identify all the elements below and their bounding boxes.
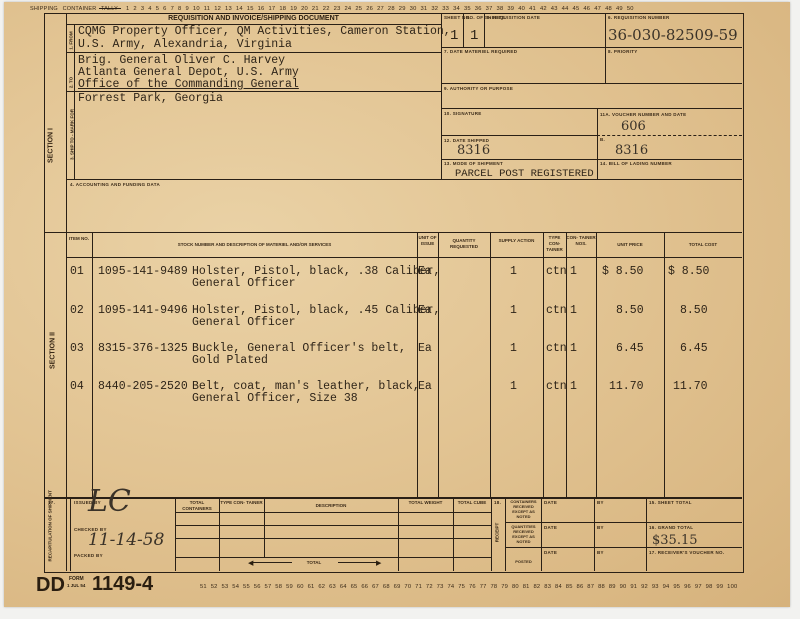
- total-containers-header: TOTAL CONTAINERS: [175, 500, 219, 512]
- stock-number: 1095-141-9489: [98, 265, 188, 278]
- supply-action: 1: [510, 265, 517, 278]
- container-nos: 1: [570, 304, 577, 317]
- from-line-2: U.S. Army, Alexandria, Virginia: [78, 38, 292, 51]
- total-arrow-right: [338, 562, 378, 563]
- date-label-1: DATE: [544, 500, 557, 505]
- by-label-2: BY: [597, 525, 604, 530]
- total-cube-header: TOTAL CUBE: [453, 500, 491, 506]
- accounting-label: 4. ACCOUNTING AND FUNDING DATA: [70, 182, 160, 187]
- arrow-right-icon: ▶: [376, 559, 381, 567]
- form-label: FORM: [69, 576, 84, 582]
- requisition-date-label: 5. REQUISITION DATE: [487, 15, 540, 20]
- tally-bottom-numbers: 51 52 53 54 55 56 57 58 59 60 61 62 63 6…: [200, 584, 740, 590]
- date-label-3: DATE: [544, 550, 557, 555]
- item-no: 01: [70, 265, 84, 278]
- voucher-number-value: 606: [621, 119, 646, 134]
- no-of-sheets-value: 1: [470, 28, 478, 44]
- type-container-header: TYPE CON- TAINER: [219, 500, 264, 506]
- unit-price: 11.70: [609, 380, 644, 393]
- description-header: DESCRIPTION: [264, 503, 398, 509]
- recap-total-label: TOTAL: [294, 560, 334, 566]
- stock-number: 1095-141-9496: [98, 304, 188, 317]
- quantities-received-label: QUANTITIES RECEIVED EXCEPT AS NOTED: [506, 524, 541, 544]
- packed-by-label: PACKED BY: [74, 553, 103, 558]
- date-required-label: 7. DATE MATERIEL REQUIRED: [444, 49, 517, 54]
- grand-total-label: 16. GRAND TOTAL: [649, 525, 693, 530]
- container-nos: 1: [570, 265, 577, 278]
- col-total-cost: TOTAL COST: [664, 242, 742, 248]
- unit-price: $ 8.50: [602, 265, 643, 278]
- total-arrow-left: [252, 562, 292, 563]
- mode-value: PARCEL POST REGISTERED: [455, 168, 594, 180]
- total-cost: 6.45: [680, 342, 708, 355]
- signature-label: 10. SIGNATURE: [444, 111, 482, 116]
- item-no: 03: [70, 342, 84, 355]
- ship-to-line-1: Forrest Park, Georgia: [78, 92, 223, 105]
- ship-to-label: 3. SHIP TO - MARK FOR: [70, 107, 75, 163]
- col-qty-requested: QUANTITY REQUESTED: [438, 238, 490, 250]
- stock-number: 8440-205-2520: [98, 380, 188, 393]
- supply-action: 1: [510, 304, 517, 317]
- document-title: REQUISITION AND INVOICE/SHIPPING DOCUMEN…: [66, 15, 441, 22]
- section-1-label: SECTION I: [48, 111, 55, 181]
- tally-arrow: [99, 8, 121, 9]
- from-label: 1. FROM: [69, 26, 74, 56]
- by-label-1: BY: [597, 500, 604, 505]
- form-date: 1 JUL 54: [67, 583, 85, 588]
- total-cost: $ 8.50: [668, 265, 709, 278]
- container-type: ctn: [546, 380, 567, 393]
- total-cost: 8.50: [680, 304, 708, 317]
- containers-received-label: CONTAINERS RECEIVED EXCEPT AS NOTED: [506, 499, 541, 519]
- by-label-3: BY: [597, 550, 604, 555]
- description-line-2: General Officer: [192, 316, 296, 329]
- col-type-container: TYPE CON- TAINER: [543, 235, 566, 253]
- unit-of-issue: Ea: [418, 304, 432, 317]
- total-weight-header: TOTAL WEIGHT: [398, 500, 453, 506]
- unit-price: 8.50: [616, 304, 644, 317]
- total-cost: 11.70: [673, 380, 708, 393]
- section-2-label: SECTION II: [50, 316, 57, 386]
- grand-total-value: $35.15: [652, 533, 698, 548]
- item-no: 04: [70, 380, 84, 393]
- sheet-no-value: 1: [450, 28, 458, 44]
- container-type: ctn: [546, 304, 567, 317]
- arrow-left-icon: ◀: [248, 559, 253, 567]
- voucher-date-value: 8316: [615, 143, 648, 158]
- bill-of-lading-label: 14. BILL OF LADING NUMBER: [600, 161, 672, 166]
- tally-label: SHIPPING CONTAINER TALLY: [30, 6, 118, 12]
- voucher-label: 11a. VOUCHER NUMBER AND DATE: [600, 112, 686, 117]
- requisition-number-value: 36-030-82509-59: [608, 26, 738, 44]
- receivers-voucher-label: 17. RECEIVER'S VOUCHER NO.: [649, 550, 724, 555]
- supply-action: 1: [510, 342, 517, 355]
- tally-top-numbers: 1 2 3 4 5 6 7 8 9 10 11 12 13 14 15 16 1…: [126, 6, 746, 12]
- receipt-side-label: RECEIPT: [495, 518, 500, 548]
- from-line-1: CQMG Property Officer, QM Activities, Ca…: [78, 25, 451, 38]
- issued-by-initials: LC: [88, 484, 131, 519]
- unit-of-issue: Ea: [418, 380, 432, 393]
- col-unit: UNIT OF ISSUE: [417, 235, 438, 247]
- document-page: SHIPPING CONTAINER TALLY 1 2 3 4 5 6 7 8…: [4, 2, 790, 607]
- unit-of-issue: Ea: [418, 342, 432, 355]
- description-line-2: General Officer: [192, 277, 296, 290]
- col-item-no: ITEM NO.: [66, 236, 92, 242]
- checked-by-date: 11-14-58: [88, 530, 164, 550]
- voucher-b-label: b.: [600, 137, 605, 142]
- to-line-3: Office of the Commanding General: [78, 78, 299, 91]
- col-container-nos: CON- TAINER NOS.: [566, 235, 596, 247]
- date-shipped-value: 8316: [457, 143, 490, 158]
- form-dd: DD: [36, 574, 65, 597]
- date-label-2: DATE: [544, 525, 557, 530]
- supply-action: 1: [510, 380, 517, 393]
- container-nos: 1: [570, 342, 577, 355]
- col-description: STOCK NUMBER AND DESCRIPTION OF MATERIEL…: [92, 242, 417, 248]
- sheet-total-label: 15. SHEET TOTAL: [649, 500, 692, 505]
- container-nos: 1: [570, 380, 577, 393]
- receipt-number: 18.: [494, 500, 501, 505]
- col-unit-price: UNIT PRICE: [596, 242, 664, 248]
- col-supply-action: SUPPLY ACTION: [490, 238, 543, 244]
- recap-side-label: RECAPITULATION OF SHIPMENT: [48, 498, 53, 562]
- posted-label: POSTED: [506, 559, 541, 565]
- description-line-2: General Officer, Size 38: [192, 392, 358, 405]
- container-type: ctn: [546, 342, 567, 355]
- priority-label: 8. PRIORITY: [608, 49, 638, 54]
- item-no: 02: [70, 304, 84, 317]
- authority-label: 9. AUTHORITY OR PURPOSE: [444, 86, 513, 91]
- form-number: 1149-4: [92, 573, 153, 596]
- stock-number: 8315-376-1325: [98, 342, 188, 355]
- requisition-number-label: 6. REQUISITION NUMBER: [608, 15, 670, 20]
- container-type: ctn: [546, 265, 567, 278]
- unit-price: 6.45: [616, 342, 644, 355]
- mode-label: 13. MODE OF SHIPMENT: [444, 161, 503, 166]
- description-line-2: Gold Plated: [192, 354, 268, 367]
- unit-of-issue: Ea: [418, 265, 432, 278]
